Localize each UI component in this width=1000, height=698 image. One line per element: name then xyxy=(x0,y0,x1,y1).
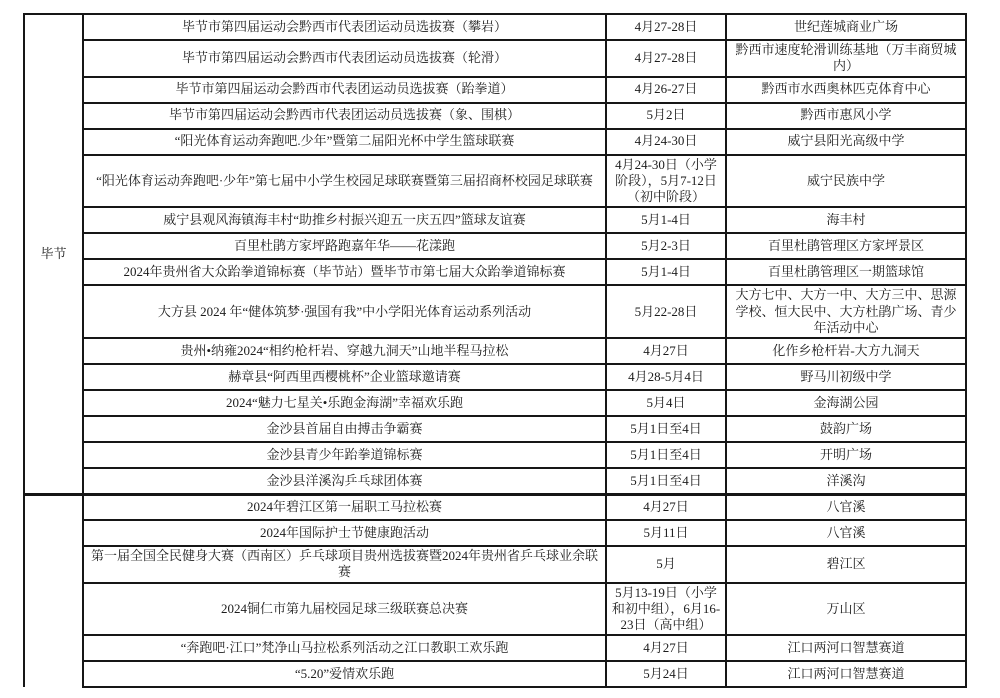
event-cell: 2024年碧江区第一届职工马拉松赛 xyxy=(83,494,606,520)
table-row: 2024年碧江区第一届职工马拉松赛4月27日八官溪 xyxy=(24,494,966,520)
venue-cell: 海丰村 xyxy=(726,207,966,233)
table-row: 威宁县观风海镇海丰村“助推乡村振兴迎五一庆五四”篮球友谊赛5月1-4日海丰村 xyxy=(24,207,966,233)
date-cell: 4月27日 xyxy=(606,494,726,520)
event-cell: 威宁县观风海镇海丰村“助推乡村振兴迎五一庆五四”篮球友谊赛 xyxy=(83,207,606,233)
event-cell: 2024铜仁市第九届校园足球三级联赛总决赛 xyxy=(83,583,606,636)
table-row: “奔跑吧·江口”梵净山马拉松系列活动之江口教职工欢乐跑4月27日江口两河口智慧赛… xyxy=(24,635,966,661)
event-cell: 第一届全国全民健身大赛（西南区）乒乓球项目贵州选拔赛暨2024年贵州省乒乓球业余… xyxy=(83,546,606,583)
venue-cell: 威宁县阳光高级中学 xyxy=(726,129,966,155)
date-cell: 4月27-28日 xyxy=(606,14,726,40)
table-row: “5.20”爱情欢乐跑5月24日江口两河口智慧赛道 xyxy=(24,661,966,687)
venue-cell: 洋溪沟 xyxy=(726,468,966,494)
schedule-table-body: 毕节毕节市第四届运动会黔西市代表团运动员选拔赛（攀岩）4月27-28日世纪莲城商… xyxy=(24,14,966,687)
table-row: 2024铜仁市第九届校园足球三级联赛总决赛5月13-19日（小学和初中组），6月… xyxy=(24,583,966,636)
venue-cell: 化作乡枪杆岩-大方九洞天 xyxy=(726,338,966,364)
venue-cell: 开明广场 xyxy=(726,442,966,468)
venue-cell: 大方七中、大方一中、大方三中、思源学校、恒大民中、大方杜鹃广场、青少年活动中心 xyxy=(726,285,966,338)
venue-cell: 野马川初级中学 xyxy=(726,364,966,390)
date-cell: 4月24-30日 xyxy=(606,129,726,155)
venue-cell: 黔西市惠风小学 xyxy=(726,103,966,129)
event-cell: 金沙县青少年跆拳道锦标赛 xyxy=(83,442,606,468)
event-cell: “阳光体育运动奔跑吧.少年”暨第二届阳光杯中学生篮球联赛 xyxy=(83,129,606,155)
venue-cell: 百里杜鹃管理区方家坪景区 xyxy=(726,233,966,259)
event-cell: 金沙县首届自由搏击争霸赛 xyxy=(83,416,606,442)
event-cell: “5.20”爱情欢乐跑 xyxy=(83,661,606,687)
table-row: 毕节市第四届运动会黔西市代表团运动员选拔赛（跆拳道）4月26-27日黔西市水西奥… xyxy=(24,77,966,103)
venue-cell: 八官溪 xyxy=(726,520,966,546)
events-schedule-table: 毕节毕节市第四届运动会黔西市代表团运动员选拔赛（攀岩）4月27-28日世纪莲城商… xyxy=(23,13,967,688)
event-cell: 毕节市第四届运动会黔西市代表团运动员选拔赛（跆拳道） xyxy=(83,77,606,103)
table-row: 毕节市第四届运动会黔西市代表团运动员选拔赛（象、围棋）5月2日黔西市惠风小学 xyxy=(24,103,966,129)
region-cell: 毕节 xyxy=(24,14,83,494)
date-cell: 4月24-30日（小学阶段），5月7-12日（初中阶段） xyxy=(606,155,726,208)
venue-cell: 威宁民族中学 xyxy=(726,155,966,208)
events-schedule-table-wrap: 毕节毕节市第四届运动会黔西市代表团运动员选拔赛（攀岩）4月27-28日世纪莲城商… xyxy=(23,13,965,688)
table-row: 百里杜鹃方家坪路跑嘉年华——花漾跑5月2-3日百里杜鹃管理区方家坪景区 xyxy=(24,233,966,259)
table-row: 2024年国际护士节健康跑活动5月11日八官溪 xyxy=(24,520,966,546)
date-cell: 4月27日 xyxy=(606,635,726,661)
table-row: “阳光体育运动奔跑吧.少年”暨第二届阳光杯中学生篮球联赛4月24-30日威宁县阳… xyxy=(24,129,966,155)
date-cell: 5月1-4日 xyxy=(606,207,726,233)
date-cell: 5月13-19日（小学和初中组），6月16-23日（高中组） xyxy=(606,583,726,636)
table-row: 金沙县青少年跆拳道锦标赛5月1日至4日开明广场 xyxy=(24,442,966,468)
table-row: 大方县 2024 年“健体筑梦·强国有我”中小学阳光体育运动系列活动5月22-2… xyxy=(24,285,966,338)
date-cell: 4月26-27日 xyxy=(606,77,726,103)
table-row: 毕节毕节市第四届运动会黔西市代表团运动员选拔赛（攀岩）4月27-28日世纪莲城商… xyxy=(24,14,966,40)
table-row: 赫章县“阿西里西樱桃杯”企业篮球邀请赛4月28-5月4日野马川初级中学 xyxy=(24,364,966,390)
event-cell: 毕节市第四届运动会黔西市代表团运动员选拔赛（攀岩） xyxy=(83,14,606,40)
date-cell: 4月28-5月4日 xyxy=(606,364,726,390)
event-cell: “阳光体育运动奔跑吧·少年”第七届中小学生校园足球联赛暨第三届招商杯校园足球联赛 xyxy=(83,155,606,208)
date-cell: 5月1日至4日 xyxy=(606,442,726,468)
date-cell: 4月27日 xyxy=(606,338,726,364)
venue-cell: 江口两河口智慧赛道 xyxy=(726,635,966,661)
table-row: 毕节市第四届运动会黔西市代表团运动员选拔赛（轮滑）4月27-28日黔西市速度轮滑… xyxy=(24,40,966,77)
date-cell: 5月 xyxy=(606,546,726,583)
table-row: 2024“魅力七星关•乐跑金海湖”幸福欢乐跑5月4日金海湖公园 xyxy=(24,390,966,416)
event-cell: 2024年国际护士节健康跑活动 xyxy=(83,520,606,546)
venue-cell: 金海湖公园 xyxy=(726,390,966,416)
venue-cell: 黔西市速度轮滑训练基地（万丰商贸城内） xyxy=(726,40,966,77)
venue-cell: 江口两河口智慧赛道 xyxy=(726,661,966,687)
event-cell: 贵州•纳雍2024“相约枪杆岩、穿越九洞天”山地半程马拉松 xyxy=(83,338,606,364)
date-cell: 5月4日 xyxy=(606,390,726,416)
date-cell: 5月11日 xyxy=(606,520,726,546)
event-cell: “奔跑吧·江口”梵净山马拉松系列活动之江口教职工欢乐跑 xyxy=(83,635,606,661)
table-row: 金沙县首届自由搏击争霸赛5月1日至4日鼓韵广场 xyxy=(24,416,966,442)
date-cell: 5月1日至4日 xyxy=(606,468,726,494)
venue-cell: 鼓韵广场 xyxy=(726,416,966,442)
venue-cell: 百里杜鹃管理区一期篮球馆 xyxy=(726,259,966,285)
event-cell: 2024年贵州省大众跆拳道锦标赛（毕节站）暨毕节市第七届大众跆拳道锦标赛 xyxy=(83,259,606,285)
table-row: 金沙县洋溪沟乒乓球团体赛5月1日至4日洋溪沟 xyxy=(24,468,966,494)
date-cell: 5月2-3日 xyxy=(606,233,726,259)
event-cell: 毕节市第四届运动会黔西市代表团运动员选拔赛（轮滑） xyxy=(83,40,606,77)
event-cell: 毕节市第四届运动会黔西市代表团运动员选拔赛（象、围棋） xyxy=(83,103,606,129)
event-cell: 赫章县“阿西里西樱桃杯”企业篮球邀请赛 xyxy=(83,364,606,390)
venue-cell: 黔西市水西奥林匹克体育中心 xyxy=(726,77,966,103)
venue-cell: 万山区 xyxy=(726,583,966,636)
event-cell: 金沙县洋溪沟乒乓球团体赛 xyxy=(83,468,606,494)
event-cell: 2024“魅力七星关•乐跑金海湖”幸福欢乐跑 xyxy=(83,390,606,416)
date-cell: 5月24日 xyxy=(606,661,726,687)
event-cell: 大方县 2024 年“健体筑梦·强国有我”中小学阳光体育运动系列活动 xyxy=(83,285,606,338)
date-cell: 5月1日至4日 xyxy=(606,416,726,442)
table-row: 2024年贵州省大众跆拳道锦标赛（毕节站）暨毕节市第七届大众跆拳道锦标赛5月1-… xyxy=(24,259,966,285)
venue-cell: 世纪莲城商业广场 xyxy=(726,14,966,40)
table-row: “阳光体育运动奔跑吧·少年”第七届中小学生校园足球联赛暨第三届招商杯校园足球联赛… xyxy=(24,155,966,208)
date-cell: 5月1-4日 xyxy=(606,259,726,285)
event-cell: 百里杜鹃方家坪路跑嘉年华——花漾跑 xyxy=(83,233,606,259)
date-cell: 4月27-28日 xyxy=(606,40,726,77)
date-cell: 5月22-28日 xyxy=(606,285,726,338)
table-row: 第一届全国全民健身大赛（西南区）乒乓球项目贵州选拔赛暨2024年贵州省乒乓球业余… xyxy=(24,546,966,583)
region-cell xyxy=(24,494,83,687)
table-row: 贵州•纳雍2024“相约枪杆岩、穿越九洞天”山地半程马拉松4月27日化作乡枪杆岩… xyxy=(24,338,966,364)
venue-cell: 碧江区 xyxy=(726,546,966,583)
date-cell: 5月2日 xyxy=(606,103,726,129)
venue-cell: 八官溪 xyxy=(726,494,966,520)
document-page: 毕节毕节市第四届运动会黔西市代表团运动员选拔赛（攀岩）4月27-28日世纪莲城商… xyxy=(0,0,1000,698)
